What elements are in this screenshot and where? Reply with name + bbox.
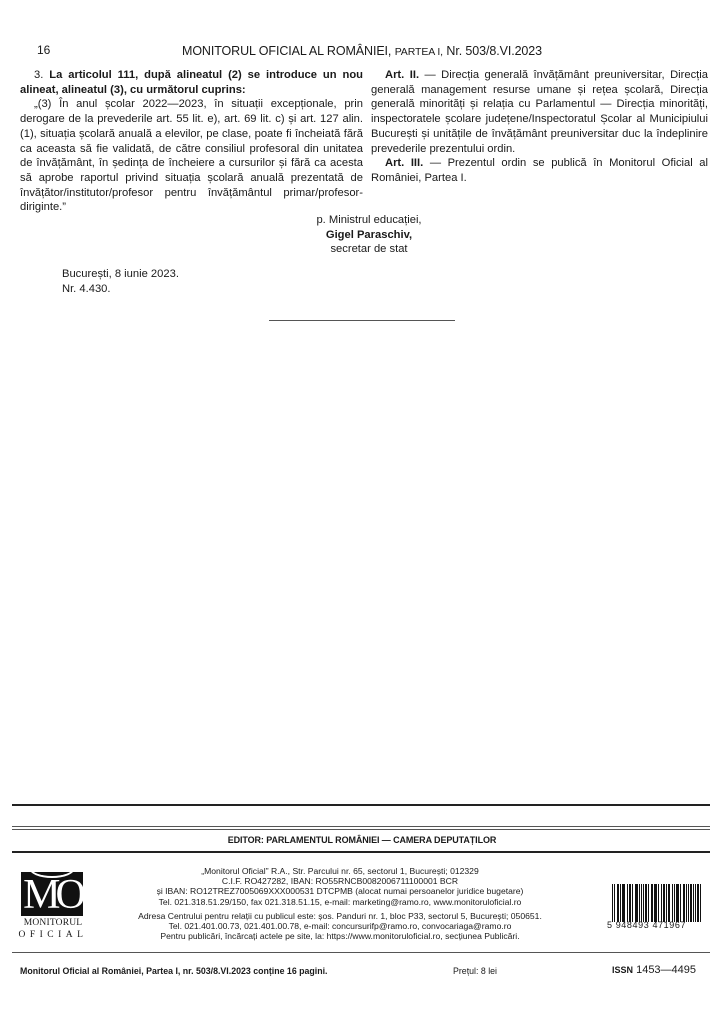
amendment-point: 3. La articolul 111, după alineatul (2) … [20,68,363,97]
signatory-name: Gigel Paraschiv, [246,228,492,243]
public-relations-address: Adresa Centrului pentru relații cu publi… [100,911,580,921]
issn-value: 1453—4495 [636,964,696,976]
logo-text-line2: OFICIAL [17,930,89,940]
article-3-label: Art. III. [385,157,423,169]
article-2-text: — Direcția generală învățământ preuniver… [371,69,708,155]
publication-part: PARTEA I, [395,46,443,58]
right-column: Art. II. — Direcția generală învățământ … [371,68,708,186]
publication-issue: Nr. 503/8.VI.2023 [446,44,542,58]
logo-text-line1: MONITORUL [17,918,89,928]
place-and-date: București, 8 iunie 2023. [62,267,179,282]
monitorul-oficial-logo: MO MONITORUL OFICIAL [17,872,89,942]
running-header: MONITORUL OFICIAL AL ROMÂNIEI, PARTEA I,… [0,44,724,58]
place-date-block: București, 8 iunie 2023. Nr. 4.430. [62,267,179,296]
footer-contents-note: Monitorul Oficial al României, Partea I,… [20,966,328,976]
signature-block: p. Ministrul educației, Gigel Paraschiv,… [246,213,492,257]
footer-top-rule [12,804,710,806]
amendment-quoted-text: „(3) În anul școlar 2022—2023, în situaț… [20,97,363,215]
publisher-contact: Tel. 021.318.51.29/150, fax 021.318.51.1… [100,897,580,907]
publication-title: MONITORUL OFICIAL AL ROMÂNIEI, [182,44,391,58]
footer-price: Prețul: 8 lei [453,966,497,976]
signatory-role: p. Ministrul educației, [246,213,492,228]
article-2: Art. II. — Direcția generală învățământ … [371,68,708,156]
publisher-address: „Monitorul Oficial” R.A., Str. Parcului … [100,866,580,876]
barcode-bars-icon [612,884,702,922]
issn-label: ISSN [612,965,633,975]
logo-mark: MO [21,872,83,916]
public-relations-contact: Tel. 021.401.00.73, 021.401.00.78, e-mai… [100,921,580,931]
editor-rule-top-2 [12,829,710,830]
publisher-info: „Monitorul Oficial” R.A., Str. Parcului … [100,866,580,941]
publisher-iban-1: C.I.F. RO427282, IBAN: RO55RNCB008200671… [100,876,580,886]
barcode: 5 948493 471967 [607,884,705,932]
order-number: Nr. 4.430. [62,282,179,297]
article-3: Art. III. — Prezentul ordin se publică î… [371,156,708,185]
point-number: 3. [34,69,43,81]
barcode-digits: 5 948493 471967 [607,920,705,930]
left-column: 3. La articolul 111, după alineatul (2) … [20,68,363,215]
article-2-label: Art. II. [385,69,419,81]
footer-rule [12,952,710,953]
publisher-iban-2: și IBAN: RO12TREZ7005069XXX000531 DTCPMB… [100,886,580,896]
editor-rule-top-1 [12,826,710,827]
editor-rule-bottom [12,851,710,853]
end-of-act-rule [269,320,455,321]
editor-line: EDITOR: PARLAMENTUL ROMÂNIEI — CAMERA DE… [0,835,724,845]
publication-instructions: Pentru publicări, încărcați actele pe si… [100,931,580,941]
logo-letters: MO [21,874,83,916]
signatory-title: secretar de stat [246,242,492,257]
point-heading: La articolul 111, după alineatul (2) se … [20,69,363,96]
footer-issn: ISSN 1453—4495 [612,964,696,976]
